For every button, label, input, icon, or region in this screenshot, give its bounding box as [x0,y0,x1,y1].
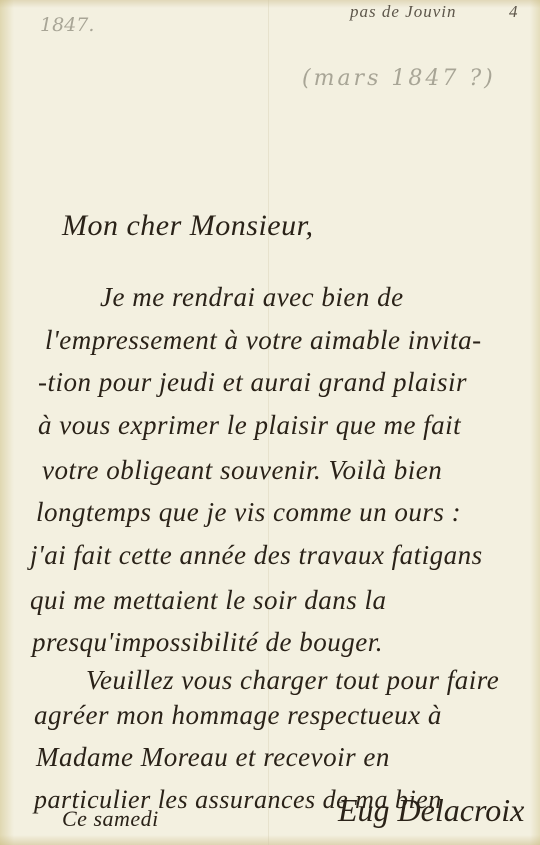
letter-line: Je me rendrai avec bien de [100,282,404,313]
page-number: 4 [509,2,519,22]
letter-line: à vous exprimer le plaisir que me fait [38,410,461,441]
letter-line: Veuillez vous charger tout pour faire [86,665,499,696]
top-right-note: pas de Jouvin [350,2,456,22]
year-annotation: 1847. [40,14,94,36]
letter-line: presqu'impossibilité de bouger. [32,627,383,658]
letter-line: Madame Moreau et recevoir en [36,742,390,773]
letter-line: longtemps que je vis comme un ours : [36,497,461,528]
date-guess-annotation: (mars 1847 ?) [302,66,496,91]
letter-line: -tion pour jeudi et aurai grand plaisir [38,367,467,398]
signature: Eug Delacroix [338,792,524,829]
letter-page: 1847. pas de Jouvin 4 (mars 1847 ?) Mon … [0,0,540,845]
letter-line: votre obligeant souvenir. Voilà bien [42,455,442,486]
closing-date: Ce samedi [62,806,159,832]
letter-line: qui me mettaient le soir dans la [30,585,386,616]
letter-line: agréer mon hommage respectueux à [34,700,442,731]
salutation: Mon cher Monsieur, [62,209,313,243]
letter-line: j'ai fait cette année des travaux fatiga… [30,540,483,571]
letter-line: l'empressement à votre aimable invita- [45,325,482,356]
